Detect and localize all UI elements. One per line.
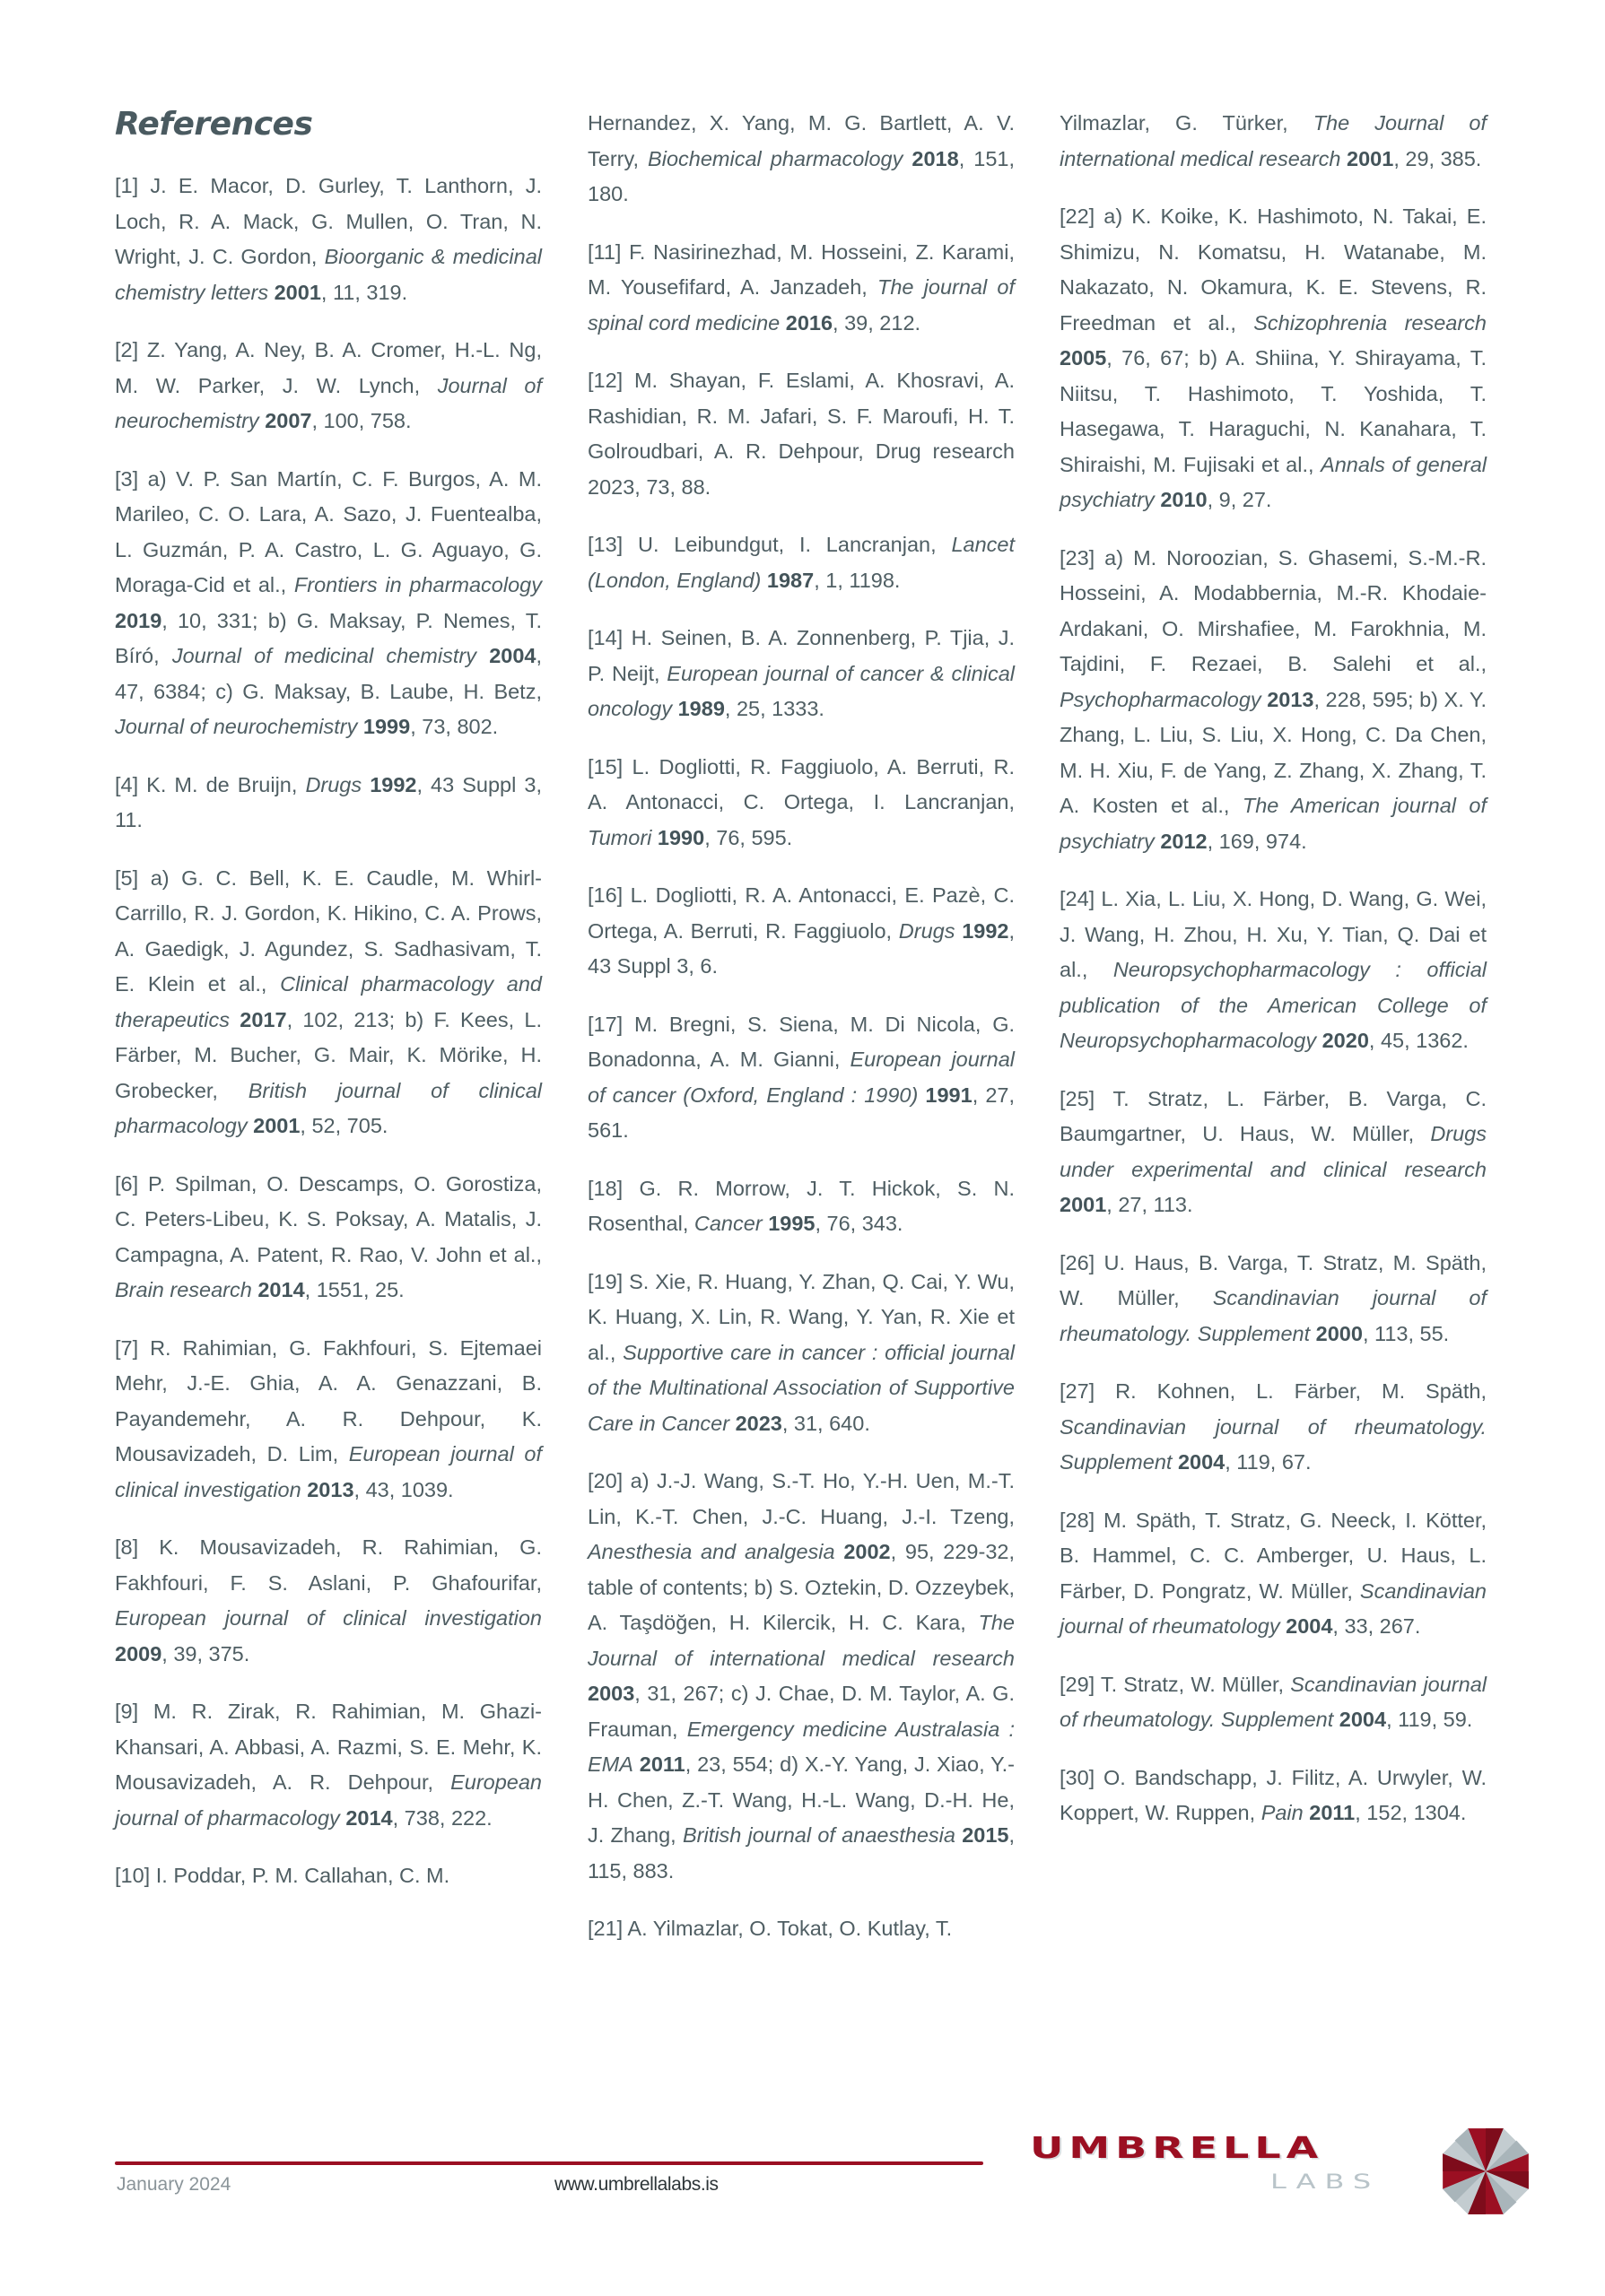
publication-year: 1992 bbox=[370, 773, 416, 796]
publication-year: 1987 bbox=[767, 569, 814, 592]
citation-text: , 113, 55. bbox=[1363, 1322, 1449, 1345]
citation-text: , 25, 1333. bbox=[725, 697, 824, 720]
citation-text: , 152, 1304. bbox=[1355, 1801, 1466, 1824]
reference-entry: [23] a) M. Noroozian, S. Ghasemi, S.-M.-… bbox=[1060, 541, 1487, 860]
publication-year: 2004 bbox=[1178, 1450, 1225, 1474]
publication-year: 2019 bbox=[115, 609, 161, 632]
reference-entry: [7] R. Rahimian, G. Fakhfouri, S. Ejtema… bbox=[115, 1331, 542, 1509]
citation-text: [10] I. Poddar, P. M. Callahan, C. M. bbox=[115, 1864, 449, 1887]
publication-year: 2004 bbox=[1339, 1708, 1386, 1731]
reference-entry: [9] M. R. Zirak, R. Rahimian, M. Ghazi-K… bbox=[115, 1694, 542, 1836]
publication-year: 2004 bbox=[1286, 1614, 1332, 1638]
reference-entry: [10] I. Poddar, P. M. Callahan, C. M. bbox=[115, 1858, 542, 1894]
citation-text: , 33, 267. bbox=[1332, 1614, 1420, 1638]
reference-entry: [13] U. Leibundgut, I. Lancranjan, Lance… bbox=[588, 527, 1015, 598]
reference-entry: [28] M. Späth, T. Stratz, G. Neeck, I. K… bbox=[1060, 1503, 1487, 1645]
citation-text bbox=[476, 644, 489, 667]
citation-text: , 43, 1039. bbox=[354, 1478, 454, 1501]
publication-year: 1991 bbox=[925, 1083, 972, 1107]
citation-text: [29] T. Stratz, W. Müller, bbox=[1060, 1673, 1290, 1696]
publication-year: 2011 bbox=[1309, 1801, 1355, 1824]
journal-title: Schizophrenia research bbox=[1253, 311, 1487, 335]
reference-entry: [15] L. Dogliotti, R. Faggiuolo, A. Berr… bbox=[588, 750, 1015, 857]
citation-text: , 1, 1198. bbox=[814, 569, 900, 592]
reference-entry: [11] F. Nasirinezhad, M. Hosseini, Z. Ka… bbox=[588, 235, 1015, 342]
publication-year: 1992 bbox=[962, 919, 1008, 943]
publication-year: 2015 bbox=[962, 1823, 1008, 1847]
reference-entry: [12] M. Shayan, F. Eslami, A. Khosravi, … bbox=[588, 363, 1015, 505]
citation-text bbox=[230, 1008, 240, 1031]
reference-entry: [22] a) K. Koike, K. Hashimoto, N. Takai… bbox=[1060, 199, 1487, 518]
footer-divider bbox=[115, 2161, 983, 2165]
journal-title: Biochemical pharmacology bbox=[648, 147, 903, 170]
references-column-3: Yilmazlar, G. Türker, The Journal of int… bbox=[1060, 106, 1487, 1854]
publication-year: 2014 bbox=[345, 1806, 392, 1830]
logo-subtitle: LABS bbox=[1270, 2170, 1380, 2194]
publication-year: 2018 bbox=[912, 147, 958, 170]
umbrella-icon bbox=[1439, 2125, 1532, 2218]
publication-year: 2002 bbox=[843, 1540, 890, 1563]
page-title: References bbox=[115, 106, 312, 143]
publication-year: 2004 bbox=[489, 644, 536, 667]
reference-entry: [24] L. Xia, L. Liu, X. Hong, D. Wang, G… bbox=[1060, 882, 1487, 1059]
reference-entry: [6] P. Spilman, O. Descamps, O. Gorostiz… bbox=[115, 1167, 542, 1309]
publication-year: 2014 bbox=[257, 1278, 304, 1301]
publication-year: 2017 bbox=[240, 1008, 286, 1031]
reference-entry: Yilmazlar, G. Türker, The Journal of int… bbox=[1060, 106, 1487, 177]
citation-text: [15] L. Dogliotti, R. Faggiuolo, A. Berr… bbox=[588, 755, 1015, 814]
citation-text: , 1551, 25. bbox=[305, 1278, 405, 1301]
journal-title: Psychopharmacology bbox=[1060, 688, 1261, 711]
journal-title: Frontiers in pharmacology bbox=[294, 573, 542, 596]
citation-text: , 100, 758. bbox=[311, 409, 411, 432]
publication-year: 2001 bbox=[253, 1114, 300, 1137]
journal-title: Journal of neurochemistry bbox=[115, 715, 357, 738]
citation-text: , 76, 595. bbox=[704, 826, 792, 849]
publication-year: 1999 bbox=[363, 715, 410, 738]
citation-text: [27] R. Kohnen, L. Färber, M. Späth, bbox=[1060, 1379, 1487, 1403]
reference-entry: [4] K. M. de Bruijn, Drugs 1992, 43 Supp… bbox=[115, 768, 542, 839]
reference-entry: [27] R. Kohnen, L. Färber, M. Späth, Sca… bbox=[1060, 1374, 1487, 1481]
publication-year: 2001 bbox=[275, 281, 321, 304]
reference-entry: [19] S. Xie, R. Huang, Y. Zhan, Q. Cai, … bbox=[588, 1265, 1015, 1442]
journal-title: Anesthesia and analgesia bbox=[588, 1540, 835, 1563]
citation-text bbox=[633, 1752, 640, 1776]
citation-text: , 39, 375. bbox=[161, 1642, 249, 1665]
publication-year: 2005 bbox=[1060, 346, 1106, 370]
citation-text: , 76, 343. bbox=[815, 1212, 903, 1235]
publication-year: 2000 bbox=[1316, 1322, 1363, 1345]
citation-text: [12] M. Shayan, F. Eslami, A. Khosravi, … bbox=[588, 369, 1015, 499]
footer-date: January 2024 bbox=[117, 2174, 231, 2196]
publication-year: 2020 bbox=[1322, 1029, 1369, 1052]
reference-entry: [17] M. Bregni, S. Siena, M. Di Nicola, … bbox=[588, 1007, 1015, 1149]
citation-text: , 29, 385. bbox=[1393, 147, 1481, 170]
reference-entry: [5] a) G. C. Bell, K. E. Caudle, M. Whir… bbox=[115, 861, 542, 1144]
citation-text: [6] P. Spilman, O. Descamps, O. Gorostiz… bbox=[115, 1172, 542, 1266]
citation-text: , 169, 974. bbox=[1208, 830, 1307, 853]
reference-entry: [26] U. Haus, B. Varga, T. Stratz, M. Sp… bbox=[1060, 1246, 1487, 1352]
citation-text: , 9, 27. bbox=[1208, 488, 1272, 511]
citation-text: [23] a) M. Noroozian, S. Ghasemi, S.-M.-… bbox=[1060, 546, 1487, 676]
reference-entry: [8] K. Mousavizadeh, R. Rahimian, G. Fak… bbox=[115, 1530, 542, 1672]
citation-text: , 738, 222. bbox=[393, 1806, 493, 1830]
publication-year: 2009 bbox=[115, 1642, 161, 1665]
reference-entry: [21] A. Yilmazlar, O. Tokat, O. Kutlay, … bbox=[588, 1911, 1015, 1947]
journal-title: Cancer bbox=[694, 1212, 763, 1235]
publication-year: 2011 bbox=[640, 1752, 685, 1776]
journal-title: Tumori bbox=[588, 826, 651, 849]
journal-title: Journal of medicinal chemistry bbox=[172, 644, 476, 667]
publication-year: 1995 bbox=[768, 1212, 815, 1235]
citation-text: , 31, 640. bbox=[782, 1412, 870, 1435]
publication-year: 2023 bbox=[736, 1412, 782, 1435]
reference-entry: [14] H. Seinen, B. A. Zonnenberg, P. Tji… bbox=[588, 621, 1015, 727]
citation-text bbox=[362, 773, 370, 796]
reference-entry: [30] O. Bandschapp, J. Filitz, A. Urwyle… bbox=[1060, 1761, 1487, 1831]
publication-year: 2001 bbox=[1060, 1193, 1106, 1216]
journal-title: Drugs bbox=[899, 919, 955, 943]
publication-year: 2013 bbox=[1267, 688, 1313, 711]
citation-text: [21] A. Yilmazlar, O. Tokat, O. Kutlay, … bbox=[588, 1917, 952, 1940]
citation-text: [13] U. Leibundgut, I. Lancranjan, bbox=[588, 533, 951, 556]
citation-text: [25] T. Stratz, L. Färber, B. Varga, C. … bbox=[1060, 1087, 1487, 1146]
publication-year: 2012 bbox=[1160, 830, 1207, 853]
citation-text: , 45, 1362. bbox=[1369, 1029, 1469, 1052]
citation-text: , 27, 113. bbox=[1106, 1193, 1192, 1216]
reference-entry: [20] a) J.-J. Wang, S.-T. Ho, Y.-H. Uen,… bbox=[588, 1464, 1015, 1889]
journal-title: Brain research bbox=[115, 1278, 252, 1301]
publication-year: 1990 bbox=[658, 826, 704, 849]
citation-text: , 11, 319. bbox=[321, 281, 407, 304]
publication-year: 2003 bbox=[588, 1682, 634, 1705]
reference-entry: [29] T. Stratz, W. Müller, Scandinavian … bbox=[1060, 1667, 1487, 1738]
reference-entry: [1] J. E. Macor, D. Gurley, T. Lanthorn,… bbox=[115, 169, 542, 310]
publication-year: 2016 bbox=[786, 311, 833, 335]
publication-year: 1989 bbox=[678, 697, 725, 720]
publication-year: 2001 bbox=[1347, 147, 1393, 170]
umbrella-labs-logo: UMBRELLA LABS bbox=[1030, 2130, 1532, 2229]
publication-year: 2010 bbox=[1160, 488, 1207, 511]
citation-text: [20] a) J.-J. Wang, S.-T. Ho, Y.-H. Uen,… bbox=[588, 1469, 1015, 1528]
citation-text: , 73, 802. bbox=[410, 715, 498, 738]
journal-title: Pain bbox=[1261, 1801, 1304, 1824]
journal-title: Drugs bbox=[305, 773, 362, 796]
reference-entry: [2] Z. Yang, A. Ney, B. A. Cromer, H.-L.… bbox=[115, 333, 542, 439]
citation-text bbox=[835, 1540, 844, 1563]
references-column-2: Hernandez, X. Yang, M. G. Bartlett, A. V… bbox=[588, 106, 1015, 1970]
citation-text: , 119, 59. bbox=[1386, 1708, 1472, 1731]
citation-text bbox=[903, 147, 912, 170]
publication-year: 2007 bbox=[265, 409, 311, 432]
references-column-1: [1] J. E. Macor, D. Gurley, T. Lanthorn,… bbox=[115, 169, 542, 1917]
publication-year: 2013 bbox=[307, 1478, 353, 1501]
reference-entry: [18] G. R. Morrow, J. T. Hickok, S. N. R… bbox=[588, 1171, 1015, 1242]
reference-entry: [16] L. Dogliotti, R. A. Antonacci, E. P… bbox=[588, 878, 1015, 985]
citation-text: [8] K. Mousavizadeh, R. Rahimian, G. Fak… bbox=[115, 1535, 542, 1595]
footer-website-link[interactable]: www.umbrellalabs.is bbox=[554, 2174, 719, 2196]
journal-title: British journal of anaesthesia bbox=[683, 1823, 955, 1847]
citation-text: Yilmazlar, G. Türker, bbox=[1060, 111, 1313, 135]
citation-text: , 39, 212. bbox=[833, 311, 920, 335]
reference-entry: [25] T. Stratz, L. Färber, B. Varga, C. … bbox=[1060, 1082, 1487, 1223]
reference-entry: Hernandez, X. Yang, M. G. Bartlett, A. V… bbox=[588, 106, 1015, 213]
journal-title: European journal of clinical investigati… bbox=[115, 1606, 542, 1630]
citation-text: [4] K. M. de Bruijn, bbox=[115, 773, 305, 796]
citation-text: , 119, 67. bbox=[1225, 1450, 1311, 1474]
logo-wordmark: UMBRELLA bbox=[1030, 2130, 1323, 2165]
citation-text: , 52, 705. bbox=[300, 1114, 388, 1137]
reference-entry: [3] a) V. P. San Martín, C. F. Burgos, A… bbox=[115, 462, 542, 745]
